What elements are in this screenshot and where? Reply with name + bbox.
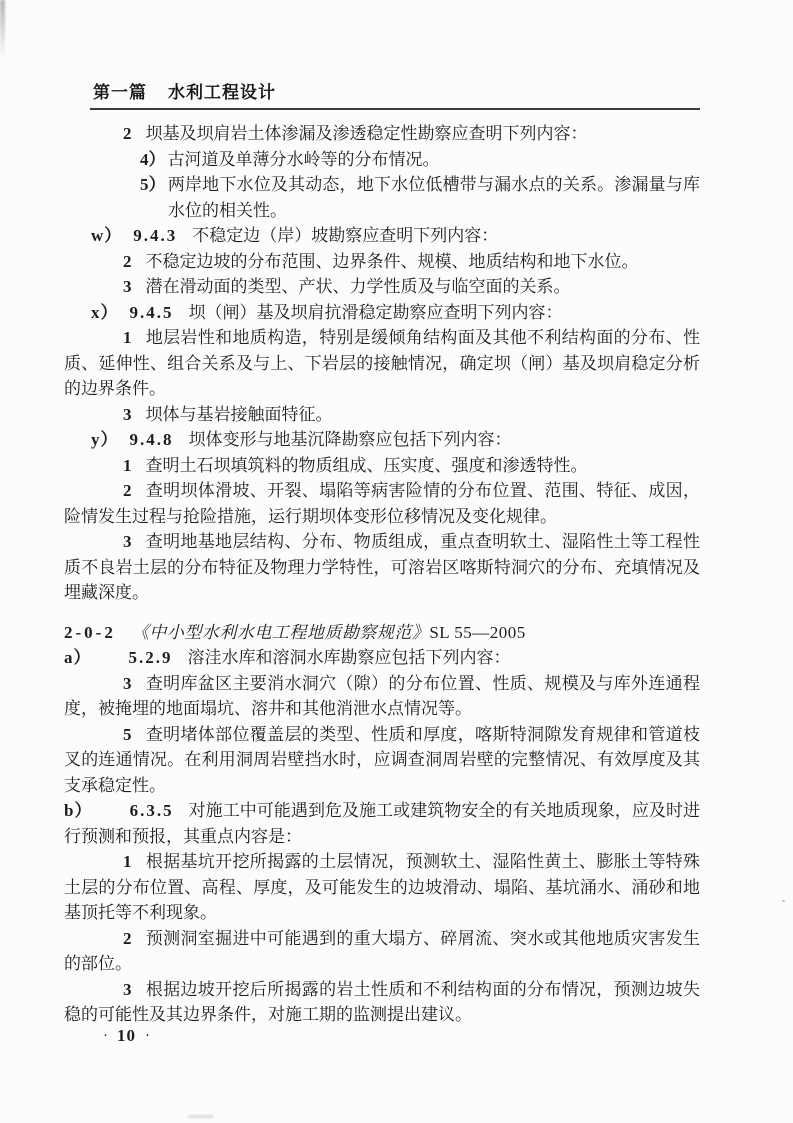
item-text: 溶洼水库和溶洞水库勘察应包括下列内容：: [188, 648, 511, 667]
item-text: 查明地基地层结构、分布、物质组成，重点查明软土、湿陷性土等工程性质不良岩土层的分…: [64, 532, 700, 602]
list-item: 3查明地基地层结构、分布、物质组成，重点查明软土、湿陷性土等工程性质不良岩土层的…: [64, 529, 700, 606]
item-number: 2: [123, 481, 133, 500]
item-number: 2: [123, 124, 133, 143]
page-number-right-dot: ·: [145, 1028, 150, 1044]
item-number: 1: [123, 852, 133, 871]
lettered-item: a）5.2.9溶洼水库和溶洞水库勘察应包括下列内容：: [64, 645, 700, 671]
page-number-value: 10: [117, 1026, 136, 1045]
lettered-item: b）6.3.5对施工中可能遇到危及施工或建筑物安全的有关地质现象，应及时进行预测…: [64, 798, 700, 849]
item-number: 2: [123, 929, 133, 948]
item-text: 地层岩性和地质构造，特别是缓倾角结构面及其他不利结构面的分布、性质、延伸性、组合…: [64, 328, 700, 398]
item-letter: x）: [91, 303, 119, 322]
lettered-item: y）9.4.8坝体变形与地基沉降勘察应包括下列内容：: [64, 427, 700, 453]
item-number: 5: [123, 725, 133, 744]
item-text: 预测洞室掘进中可能遇到的重大塌方、碎屑流、突水或其他地质灾害发生的部位。: [64, 929, 700, 974]
item-text: 坝体与基岩接触面特征。: [146, 405, 333, 424]
reference-code: 2-0-2: [64, 623, 116, 642]
list-item: 2查明坝体滑坡、开裂、塌陷等病害险情的分布位置、范围、特征、成因，险情发生过程与…: [64, 478, 700, 529]
standard-title: 《中小型水利水电工程地质勘察规范》: [132, 623, 430, 642]
list-item: 3潜在滑动面的类型、产状、力学性质及与临空面的关系。: [64, 274, 700, 300]
list-subitem: 4）古河道及单薄分水岭等的分布情况。: [64, 147, 700, 173]
page-body: 2坝基及坝肩岩土体渗漏及渗透稳定性勘察应查明下列内容： 4）古河道及单薄分水岭等…: [64, 121, 700, 1028]
clause-number: 9.4.8: [130, 430, 174, 449]
item-number: 3: [123, 980, 133, 999]
clause-number: 6.3.5: [130, 801, 174, 820]
item-text: 查明坝体滑坡、开裂、塌陷等病害险情的分布位置、范围、特征、成因，险情发生过程与抢…: [64, 481, 700, 526]
item-number: 3: [123, 532, 133, 551]
part-label: 第一篇: [93, 83, 147, 102]
scan-bottom-smudge: [188, 1115, 214, 1118]
list-item: 2不稳定边坡的分布范围、边界条件、规模、地质结构和地下水位。: [64, 249, 700, 275]
list-subitem: 5）两岸地下水位及其动态，地下水位低槽带与漏水点的关系。渗漏量与库水位的相关性。: [64, 172, 700, 223]
lettered-item: x）9.4.5坝（闸）基及坝肩抗滑稳定勘察应查明下列内容：: [64, 300, 700, 326]
item-letter: b）: [64, 801, 93, 820]
item-number: 3: [123, 674, 133, 693]
item-text: 根据基坑开挖所揭露的土层情况，预测软土、湿陷性黄土、膨胀土等特殊土层的分布位置、…: [64, 852, 700, 922]
item-text: 根据边坡开挖后所揭露的岩土性质和不利结构面的分布情况，预测边坡失稳的可能性及其边…: [64, 980, 700, 1025]
scan-speck: [782, 900, 785, 902]
item-number: 5）: [140, 175, 166, 194]
item-number: 3: [123, 277, 133, 296]
item-number: 1: [123, 456, 133, 475]
standard-number: SL 55—2005: [429, 623, 525, 642]
item-letter: y）: [91, 430, 119, 449]
item-text: 查明库盆区主要消水洞穴（隙）的分布位置、性质、规模及与库外连通程度，被掩埋的地面…: [64, 674, 700, 719]
running-header: 第一篇水利工程设计: [90, 78, 700, 110]
item-number: 3: [123, 405, 133, 424]
list-item: 2坝基及坝肩岩土体渗漏及渗透稳定性勘察应查明下列内容：: [64, 121, 700, 147]
item-text: 查明土石坝填筑料的物质组成、压实度、强度和渗透特性。: [146, 456, 588, 475]
item-text: 坝体变形与地基沉降勘察应包括下列内容：: [189, 430, 512, 449]
item-number: 4）: [140, 150, 166, 169]
list-item: 3查明库盆区主要消水洞穴（隙）的分布位置、性质、规模及与库外连通程度，被掩埋的地…: [64, 671, 700, 722]
item-number: 2: [123, 252, 133, 271]
standard-reference-heading: 2-0-2《中小型水利水电工程地质勘察规范》SL 55—2005: [64, 620, 700, 646]
item-text: 不稳定边（岸）坡勘察应查明下列内容：: [192, 226, 498, 245]
item-text: 坝（闸）基及坝肩抗滑稳定勘察应查明下列内容：: [189, 303, 563, 322]
item-text: 不稳定边坡的分布范围、边界条件、规模、地质结构和地下水位。: [146, 252, 639, 271]
item-text: 坝基及坝肩岩土体渗漏及渗透稳定性勘察应查明下列内容：: [146, 124, 588, 143]
clause-number: 9.4.3: [133, 226, 177, 245]
page-number-left-dot: ·: [103, 1028, 108, 1044]
page-number: ·10·: [103, 1026, 150, 1046]
list-item: 1根据基坑开挖所揭露的土层情况，预测软土、湿陷性黄土、膨胀土等特殊土层的分布位置…: [64, 849, 700, 926]
scan-edge-smudge: [0, 0, 5, 58]
list-item: 5查明堵体部位覆盖层的类型、性质和厚度，喀斯特洞隙发育规律和管道枝叉的连通情况。…: [64, 722, 700, 799]
chapter-title: 水利工程设计: [168, 83, 276, 102]
item-text: 古河道及单薄分水岭等的分布情况。: [168, 150, 440, 169]
scanned-book-page: 第一篇水利工程设计 2坝基及坝肩岩土体渗漏及渗透稳定性勘察应查明下列内容： 4）…: [0, 0, 793, 1123]
clause-number: 5.2.9: [129, 648, 173, 667]
item-text: 潜在滑动面的类型、产状、力学性质及与临空面的关系。: [146, 277, 571, 296]
item-number: 1: [123, 328, 133, 347]
list-item: 3坝体与基岩接触面特征。: [64, 402, 700, 428]
item-text: 查明堵体部位覆盖层的类型、性质和厚度，喀斯特洞隙发育规律和管道枝叉的连通情况。在…: [64, 725, 700, 795]
item-text: 两岸地下水位及其动态，地下水位低槽带与漏水点的关系。渗漏量与库水位的相关性。: [168, 175, 700, 220]
lettered-item: w）9.4.3不稳定边（岸）坡勘察应查明下列内容：: [64, 223, 700, 249]
item-letter: a）: [64, 648, 92, 667]
list-item: 3根据边坡开挖后所揭露的岩土性质和不利结构面的分布情况，预测边坡失稳的可能性及其…: [64, 977, 700, 1028]
clause-number: 9.4.5: [130, 303, 174, 322]
list-item: 1查明土石坝填筑料的物质组成、压实度、强度和渗透特性。: [64, 453, 700, 479]
list-item: 1地层岩性和地质构造，特别是缓倾角结构面及其他不利结构面的分布、性质、延伸性、组…: [64, 325, 700, 402]
list-item: 2预测洞室掘进中可能遇到的重大塌方、碎屑流、突水或其他地质灾害发生的部位。: [64, 926, 700, 977]
item-letter: w）: [91, 226, 122, 245]
